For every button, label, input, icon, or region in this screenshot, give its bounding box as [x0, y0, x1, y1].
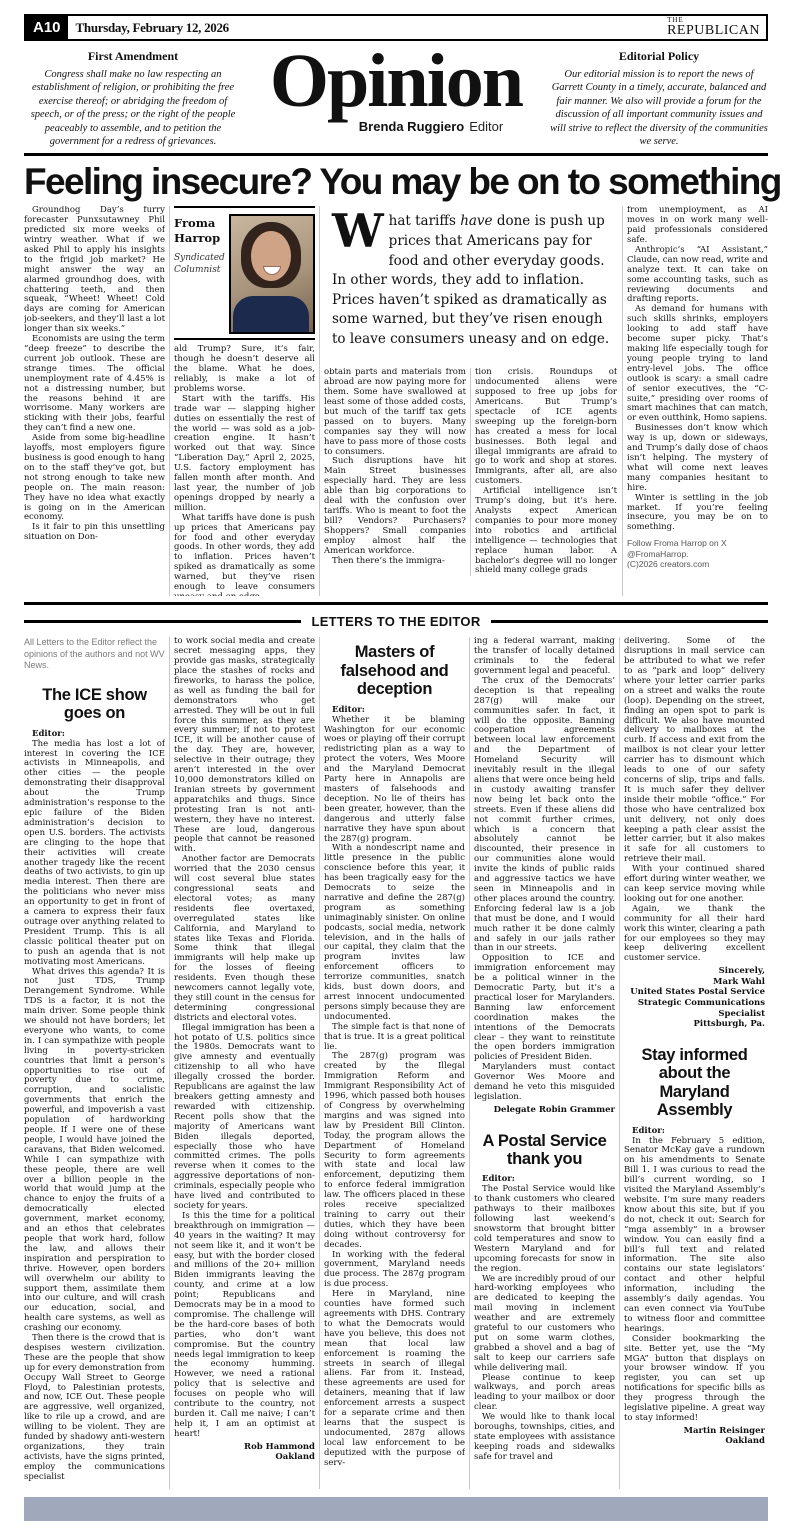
- editorial-policy-text: Our editorial mission is to report the n…: [550, 68, 768, 149]
- paragraph: Martin Reisinger: [624, 1426, 765, 1437]
- paragraph: Again, we thank the community for all th…: [624, 905, 765, 964]
- paragraph: Start with the tariffs. His trade war — …: [174, 395, 315, 514]
- paragraph: ing a federal warrant, making the transf…: [474, 637, 615, 677]
- column-rule: [319, 637, 320, 1489]
- paragraph: Anthropic’s “AI Assistant,” Claude, can …: [627, 246, 768, 305]
- paragraph: Pittsburgh, Pa.: [624, 1019, 765, 1030]
- pull-quote-lead: hat tariffs: [389, 213, 461, 229]
- columnist-role: Syndicated Columnist: [174, 253, 232, 276]
- paragraph: What drives this agenda? It is not just …: [24, 968, 165, 1335]
- assembly-letter-signature: Martin ReisingerOakland: [624, 1426, 765, 1447]
- editorial-policy-title: Editorial Policy: [550, 49, 768, 65]
- paragraph: Illegal immigration has been a hot potat…: [174, 1024, 315, 1212]
- letters-disclaimer: All Letters to the Editor reflect the op…: [24, 637, 165, 672]
- postal-letter-signature: Sincerely,Mark WahlUnited States Postal …: [624, 966, 765, 1030]
- letters-column-2: to work social media and create secret m…: [174, 637, 315, 1489]
- ice-letter-column-2-text: to work social media and create secret m…: [174, 637, 315, 1439]
- ice-letter-column-1-text: The media has lost a lot of interest in …: [24, 740, 165, 1483]
- postal-letter-column-4-text: The Postal Service would like to thank c…: [474, 1185, 615, 1462]
- ice-letter-title: The ICE show goes on: [26, 686, 163, 723]
- paragraph: The simple fact is that none of that is …: [324, 1023, 465, 1053]
- column-rule: [470, 368, 471, 576]
- ice-letter-signature: Rob HammondOakland: [174, 1442, 315, 1463]
- paragraph: Mark Wahl: [624, 977, 765, 988]
- first-amendment-title: First Amendment: [24, 49, 242, 65]
- paragraph: Is it fair to pin this unsettling situat…: [24, 523, 165, 543]
- falsehood-letter-column-4-text: ing a federal warrant, making the transf…: [474, 637, 615, 1103]
- article-column-4: tion crisis. Roundups of undocumented al…: [475, 368, 617, 576]
- paragraph: Economists are using the term “deep free…: [24, 335, 165, 434]
- assembly-letter-column-5-text: In the February 5 edition, Senator McKay…: [624, 1137, 765, 1424]
- newspaper-page: { "colors": { "ink": "#111111", "paper":…: [0, 0, 792, 1538]
- article-end-rule: [24, 602, 768, 605]
- page-date: Thursday, February 12, 2026: [76, 20, 229, 36]
- postal-letter-title: A Postal Service thank you: [476, 1132, 613, 1169]
- article-column-3: obtain parts and materials from abroad a…: [324, 368, 466, 576]
- column-rule: [169, 637, 170, 1489]
- pull-quote-italic: have: [460, 213, 492, 229]
- paragraph: ald Trump? Sure, it’s fair, though he do…: [174, 345, 315, 395]
- article-middle-section: W hat tariffs have done is push up price…: [324, 206, 618, 596]
- paragraph: We are incredibly proud of our hard-work…: [474, 1275, 615, 1374]
- letters-column-1: All Letters to the Editor reflect the op…: [24, 637, 165, 1489]
- drop-cap: W: [332, 213, 384, 250]
- paragraph: Oakland: [624, 1436, 765, 1447]
- assembly-letter-title: Stay informed about the Maryland Assembl…: [626, 1046, 763, 1120]
- section-title-block: Opinion Brenda RuggieroEditor: [242, 47, 550, 134]
- copyright-note: (C)2026 creators.com: [627, 559, 768, 570]
- paragraph: Groundhog Day’s furry forecaster Punxsut…: [24, 206, 165, 335]
- paragraph: Consider bookmarking the site. Better ye…: [624, 1335, 765, 1424]
- columnist-photo: [229, 214, 315, 334]
- column-rule: [319, 206, 320, 596]
- page-container: A10 Thursday, February 12, 2026 THE REPU…: [0, 0, 792, 1521]
- masthead-rule: [24, 153, 768, 156]
- paragraph: Another factor are Democrats worried tha…: [174, 855, 315, 1023]
- paragraph: In working with the federal government, …: [324, 1251, 465, 1291]
- newspaper-nameplate: THE REPUBLICAN: [667, 17, 766, 38]
- article-column-2-text: ald Trump? Sure, it’s fair, though he do…: [174, 345, 315, 596]
- paragraph: Winter is settling in the job market. If…: [627, 494, 768, 534]
- bottom-ad-strip: [24, 1497, 768, 1521]
- paragraph: Such disruptions have hit Main Street bu…: [324, 457, 466, 556]
- letters-body: All Letters to the Editor reflect the op…: [24, 637, 768, 1489]
- follow-note: Follow Froma Harrop on X @FromaHarrop.: [627, 538, 768, 559]
- page-header-bar: A10 Thursday, February 12, 2026 THE REPU…: [24, 14, 768, 41]
- letters-section-title: LETTERS TO THE EDITOR: [301, 614, 490, 629]
- paragraph: Is this the time for a political breakth…: [174, 1212, 315, 1440]
- paragraph: from unemployment, as AI moves in on wor…: [627, 206, 768, 246]
- paragraph: Businesses don’t know which way is up, d…: [627, 424, 768, 493]
- paragraph: Strategic Communications: [624, 998, 765, 1009]
- paragraph: As demand for humans with such skills sh…: [627, 305, 768, 424]
- column-rule: [622, 206, 623, 596]
- paragraph: Then there is the crowd that is despises…: [24, 1334, 165, 1483]
- header-left: A10 Thursday, February 12, 2026: [26, 16, 229, 39]
- paragraph: Specialist: [624, 1009, 765, 1020]
- editor-name: Brenda Ruggiero: [359, 119, 464, 134]
- nameplate-name: REPUBLICAN: [667, 24, 760, 38]
- first-amendment-text: Congress shall make no law respecting an…: [24, 68, 242, 149]
- article-footer-note: Follow Froma Harrop on X @FromaHarrop. (…: [627, 538, 768, 570]
- letters-rule-right: [491, 620, 768, 623]
- paragraph: The crux of the Democrats’ deception is …: [474, 677, 615, 954]
- article-headline: Feeling insecure? You may be on to somet…: [24, 163, 768, 201]
- byline-box: Froma Harrop Syndicated Columnist: [174, 206, 315, 340]
- article-body: Groundhog Day’s furry forecaster Punxsut…: [24, 206, 768, 596]
- article-column-2: Froma Harrop Syndicated Columnist ald Tr…: [174, 206, 315, 596]
- letters-column-4: ing a federal warrant, making the transf…: [474, 637, 615, 1489]
- paragraph: Opposition to ICE and immigration enforc…: [474, 954, 615, 1063]
- paragraph: Oakland: [174, 1452, 315, 1463]
- paragraph: We would like to thank local boroughs, t…: [474, 1413, 615, 1463]
- letters-section-header: LETTERS TO THE EDITOR: [24, 614, 768, 629]
- falsehood-letter-title: Masters of falsehood and deception: [326, 643, 463, 698]
- pull-quote: W hat tariffs have done is push up price…: [332, 210, 614, 360]
- paragraph: tion crisis. Roundups of undocumented al…: [475, 368, 617, 487]
- postal-letter-column-5-text: delivering. Some of the disruptions in m…: [624, 637, 765, 964]
- editorial-policy-box: Editorial Policy Our editorial mission i…: [550, 47, 768, 149]
- paragraph: Aside from some big-headline layoffs, mo…: [24, 434, 165, 523]
- paragraph: The media has lost a lot of interest in …: [24, 740, 165, 968]
- paragraph: United States Postal Service: [624, 987, 765, 998]
- article-column-5-text: from unemployment, as AI moves in on wor…: [627, 206, 768, 533]
- falsehood-letter-signature: Delegate Robin Grammer: [474, 1105, 615, 1116]
- paragraph: Marylanders must contact Governor Wes Mo…: [474, 1063, 615, 1103]
- letters-rule-left: [24, 620, 301, 623]
- column-rule: [619, 637, 620, 1489]
- paragraph: Whether it be blaming Washington for our…: [324, 716, 465, 845]
- paragraph: Here in Maryland, nine counties have for…: [324, 1290, 465, 1468]
- paragraph: The 287(g) program was created by the Il…: [324, 1052, 465, 1250]
- columnist-name: Froma Harrop: [174, 216, 234, 245]
- paragraph: obtain parts and materials from abroad a…: [324, 368, 466, 457]
- paragraph: Rob Hammond: [174, 1442, 315, 1453]
- paragraph: With a nondescript name and little prese…: [324, 844, 465, 1022]
- paragraph: Then there’s the immigra-: [324, 557, 466, 567]
- opinion-masthead: First Amendment Congress shall make no l…: [24, 47, 768, 149]
- article-column-1: Groundhog Day’s furry forecaster Punxsut…: [24, 206, 165, 596]
- letters-column-5: delivering. Some of the disruptions in m…: [624, 637, 765, 1489]
- paragraph: Delegate Robin Grammer: [474, 1105, 615, 1116]
- first-amendment-box: First Amendment Congress shall make no l…: [24, 47, 242, 149]
- article-column-5: from unemployment, as AI moves in on wor…: [627, 206, 768, 596]
- column-rule: [169, 206, 170, 596]
- letters-column-3: Masters of falsehood and deception Edito…: [324, 637, 465, 1489]
- article-middle-columns: obtain parts and materials from abroad a…: [324, 368, 618, 576]
- paragraph: In the February 5 edition, Senator McKay…: [624, 1137, 765, 1335]
- photo-torso: [233, 296, 309, 332]
- paragraph: The Postal Service would like to thank c…: [474, 1185, 615, 1274]
- paragraph: What tariffs have done is push up prices…: [174, 514, 315, 597]
- page-number: A10: [26, 16, 68, 39]
- paragraph: With your continued shared effort during…: [624, 865, 765, 905]
- editor-label: Editor: [469, 119, 503, 134]
- paragraph: Please continue to keep walkways, and po…: [474, 1374, 615, 1414]
- paragraph: Artificial intelligence isn’t Trump’s do…: [475, 487, 617, 576]
- section-title: Opinion: [242, 47, 550, 117]
- falsehood-letter-column-3-text: Whether it be blaming Washington for our…: [324, 716, 465, 1469]
- paragraph: to work social media and create secret m…: [174, 637, 315, 855]
- paragraph: Sincerely,: [624, 966, 765, 977]
- paragraph: delivering. Some of the disruptions in m…: [624, 637, 765, 865]
- column-rule: [469, 637, 470, 1489]
